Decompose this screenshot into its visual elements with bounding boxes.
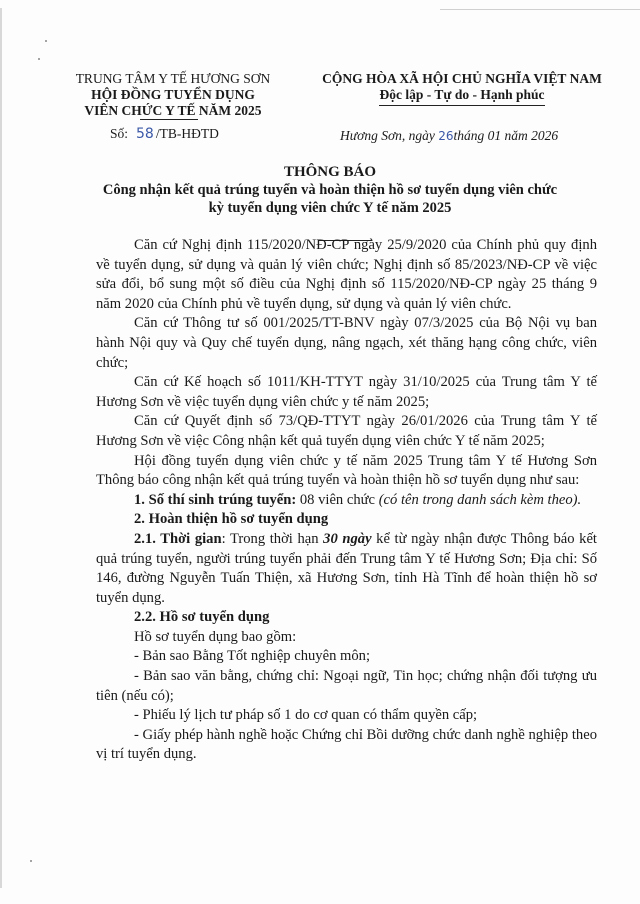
issuer-header: TRUNG TÂM Y TẾ HƯƠNG SƠN HỘI ĐỒNG TUYỂN … [60,71,286,119]
document-list-item: - Bản sao văn bằng, chứng chỉ: Ngoại ngữ… [96,667,597,706]
section-1: 1. Số thí sinh trúng tuyển: 08 viên chức… [96,491,597,511]
nation-name: CỘNG HÒA XÃ HỘI CHỦ NGHĨA VIỆT NAM [302,71,622,87]
section-2-heading: 2. Hoàn thiện hồ sơ tuyển dụng [96,510,597,530]
national-header: CỘNG HÒA XÃ HỘI CHỦ NGHĨA VIỆT NAM Độc l… [302,71,622,106]
section-1-label: 1. Số thí sinh trúng tuyển: [134,492,296,508]
basis-paragraph: Căn cứ Nghị định 115/2020/NĐ-CP ngày 25/… [96,236,597,314]
title-heading: THÔNG BÁO [80,163,580,181]
document-number-label: Số: [110,126,128,141]
issue-date: Hương Sơn, ngày 26tháng 01 năm 2026 [340,128,558,144]
section-2-2-intro: Hồ sơ tuyển dụng bao gồm: [96,628,597,648]
document-body: Căn cứ Nghị định 115/2020/NĐ-CP ngày 25/… [96,236,597,765]
section-2-1-text: : Trong thời hạn [222,531,324,547]
scan-edge [0,8,2,888]
document-list-item: - Bản sao Bằng Tốt nghiệp chuyên môn; [96,647,597,667]
title-subtitle-line2: kỳ tuyển dụng viên chức Y tế năm 2025 [80,199,580,217]
national-motto: Độc lập - Tự do - Hạnh phúc [379,87,544,106]
section-1-value: 08 viên chức [296,492,378,508]
document-title: THÔNG BÁO Công nhận kết quả trúng tuyển … [80,163,580,217]
basis-paragraph: Căn cứ Quyết định số 73/QĐ-TTYT ngày 26/… [96,412,597,451]
title-subtitle-line1: Công nhận kết quả trúng tuyển và hoàn th… [80,181,580,199]
deadline-emphasis: 30 ngày [323,531,371,547]
document-list-item: - Phiếu lý lịch tư pháp số 1 do cơ quan … [96,706,597,726]
basis-paragraph: Căn cứ Kế hoạch số 1011/KH-TTYT ngày 31/… [96,373,597,412]
document-number-value: 58 [136,126,154,142]
section-1-note: (có tên trong danh sách kèm theo). [379,492,582,508]
scan-speck [30,860,32,862]
section-2-1-label: 2.1. Thời gian [134,531,222,547]
date-day: 26 [438,129,453,143]
date-prefix: Hương Sơn, ngày [340,128,438,143]
document-list-item: - Giấy phép hành nghề hoặc Chứng chỉ Bồi… [96,726,597,765]
document-number-suffix: /TB-HĐTD [156,126,219,141]
organization-name: TRUNG TÂM Y TẾ HƯƠNG SƠN [60,71,286,87]
basis-paragraph: Căn cứ Thông tư số 001/2025/TT-BNV ngày … [96,314,597,373]
document-page: TRUNG TÂM Y TẾ HƯƠNG SƠN HỘI ĐỒNG TUYỂN … [0,0,640,904]
announcement-paragraph: Hội đồng tuyển dụng viên chức y tế năm 2… [96,452,597,491]
scan-speck [38,58,40,60]
date-suffix: tháng 01 năm 2026 [454,128,559,143]
section-2-1: 2.1. Thời gian: Trong thời hạn 30 ngày k… [96,530,597,608]
scan-speck [45,40,47,42]
council-name-line1: HỘI ĐỒNG TUYỂN DỤNG [60,87,286,103]
scan-edge [440,9,640,10]
section-2-2-heading: 2.2. Hồ sơ tuyển dụng [96,608,597,628]
council-name-line2: VIÊN CHỨC Y TẾ NĂM 2025 [84,103,261,119]
document-number: Số:58/TB-HĐTD [110,126,219,142]
